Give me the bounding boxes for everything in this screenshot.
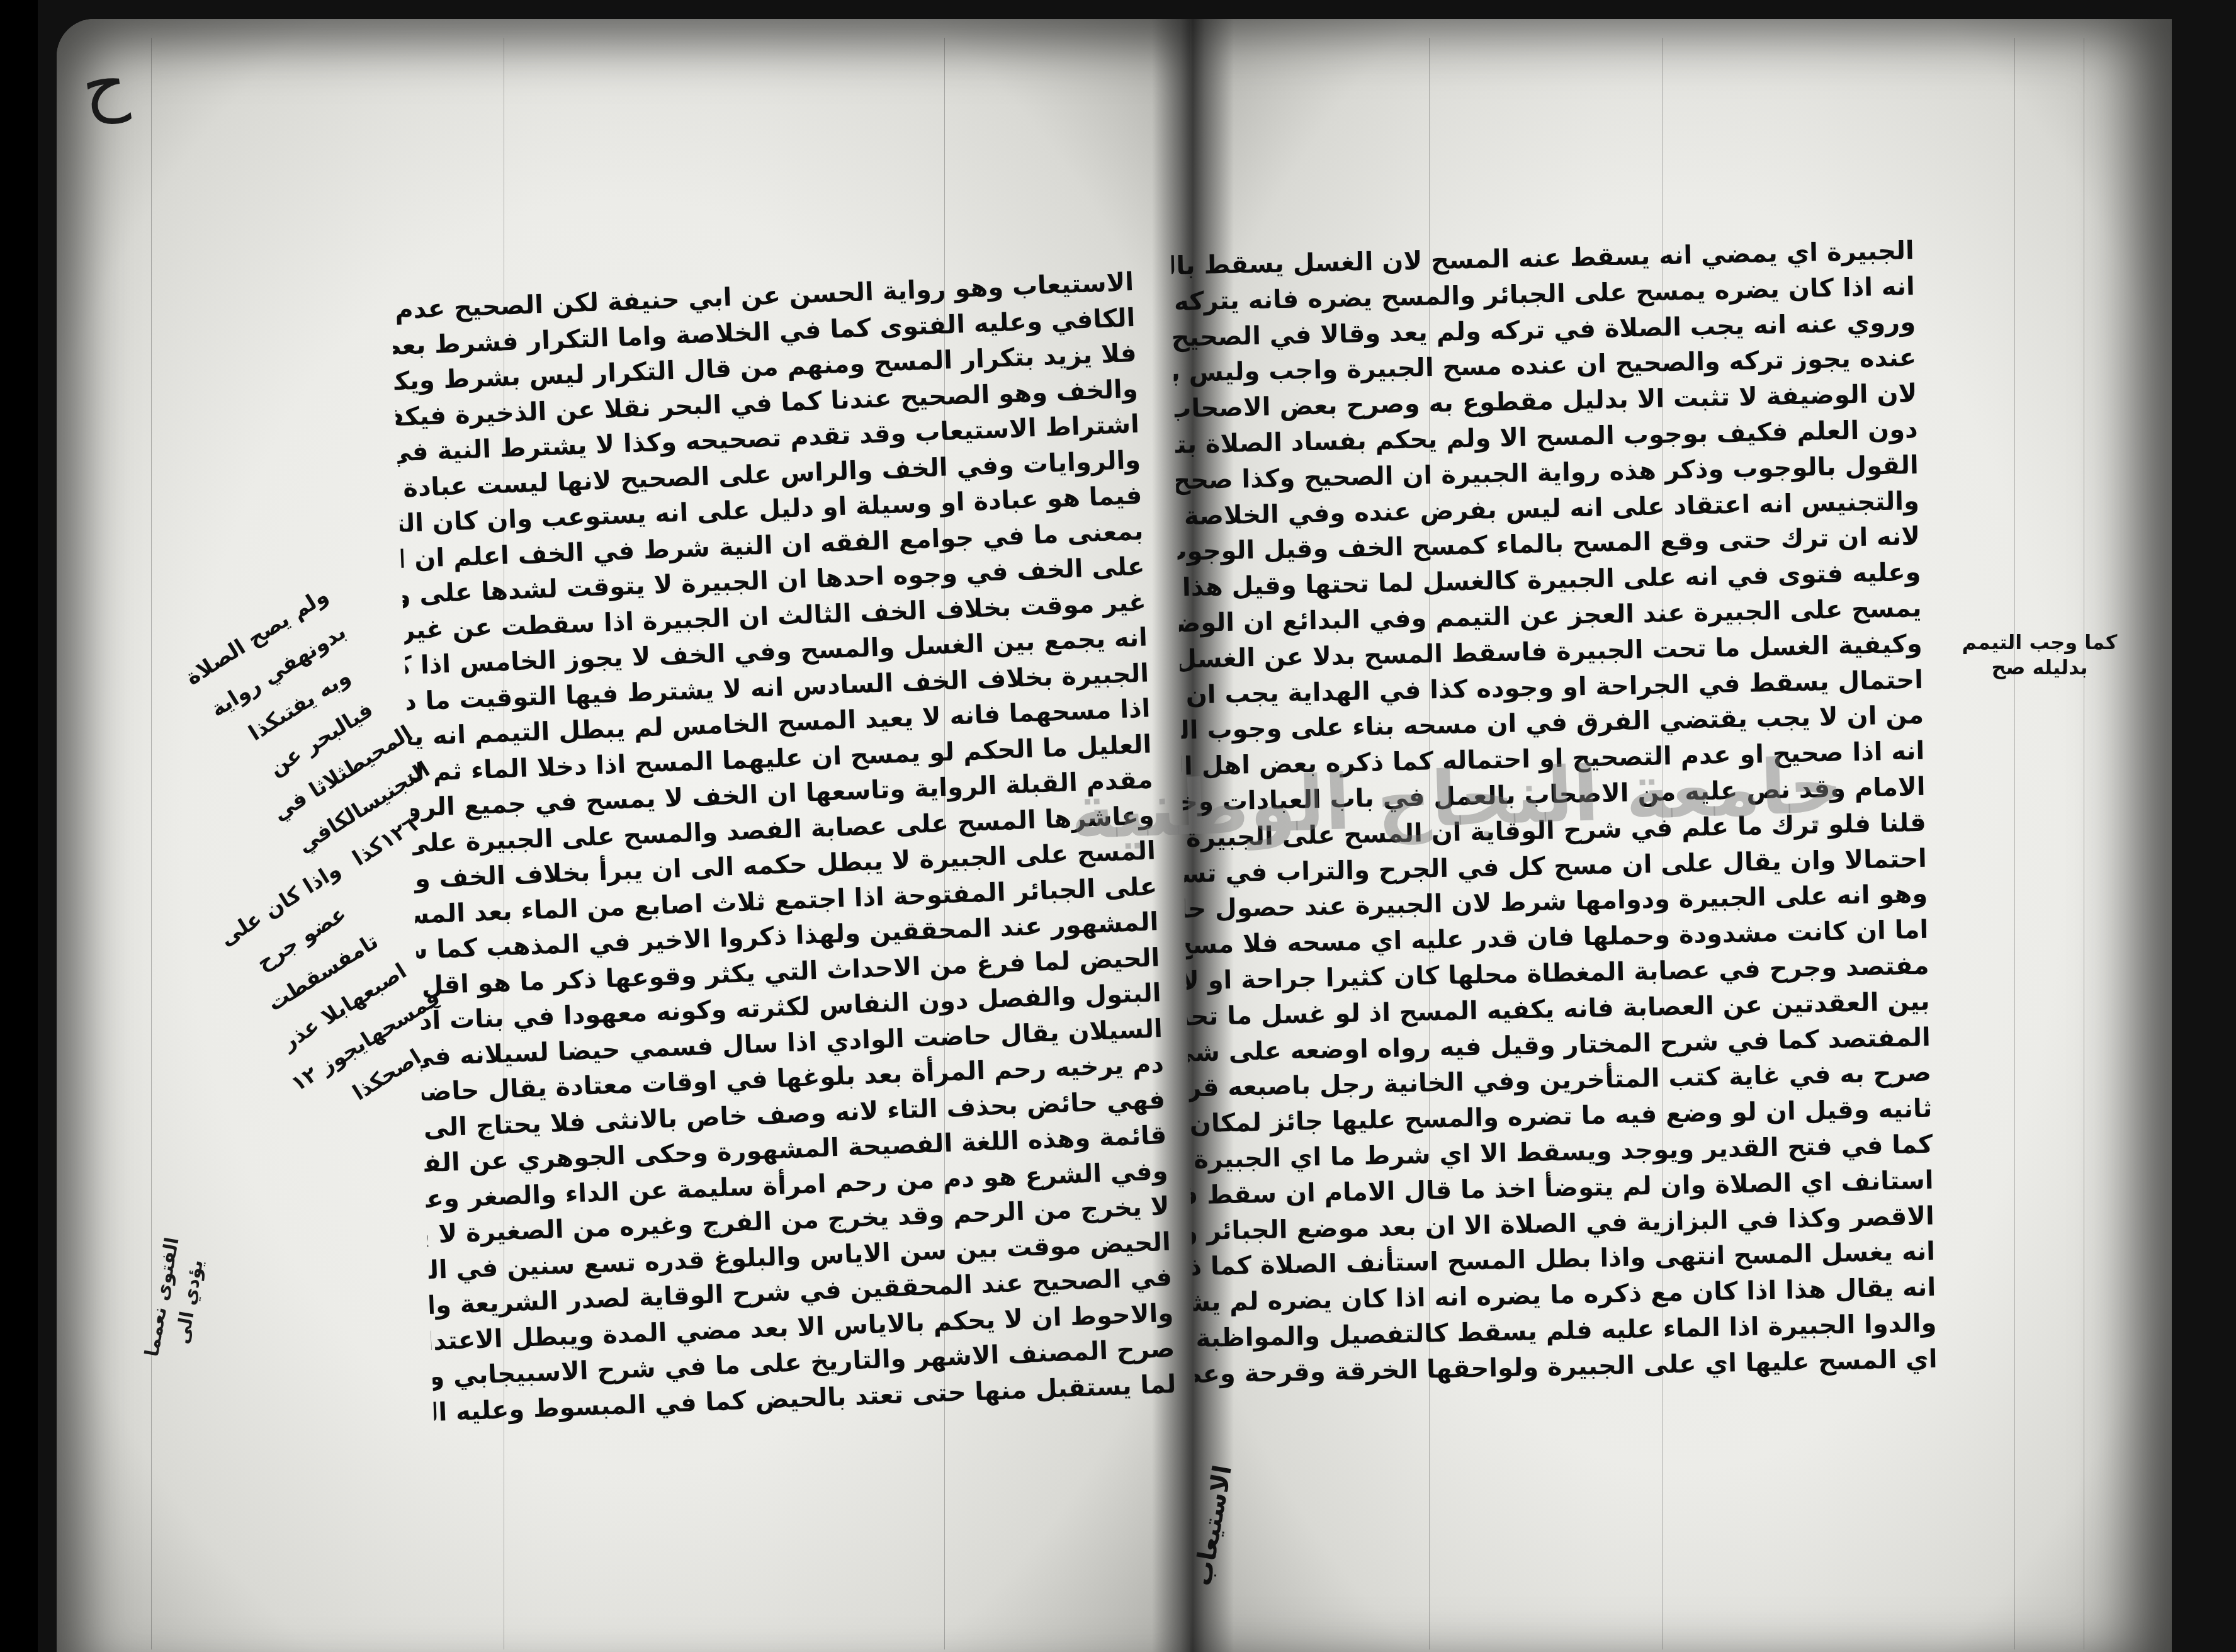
fold-line: [151, 38, 152, 1649]
right-page-text: الجبيرة اي يمضي انه يسقط عنه المسح لان ا…: [1171, 233, 1940, 1495]
fold-line: [2014, 38, 2015, 1649]
fold-line: [2084, 38, 2084, 1649]
margin-note-right: كما وجب التيمم بدليله صح: [1951, 630, 2128, 680]
left-page-text: الاستيعاب وهو رواية الحسن عن ابي حنيفة ل…: [391, 264, 1180, 1513]
